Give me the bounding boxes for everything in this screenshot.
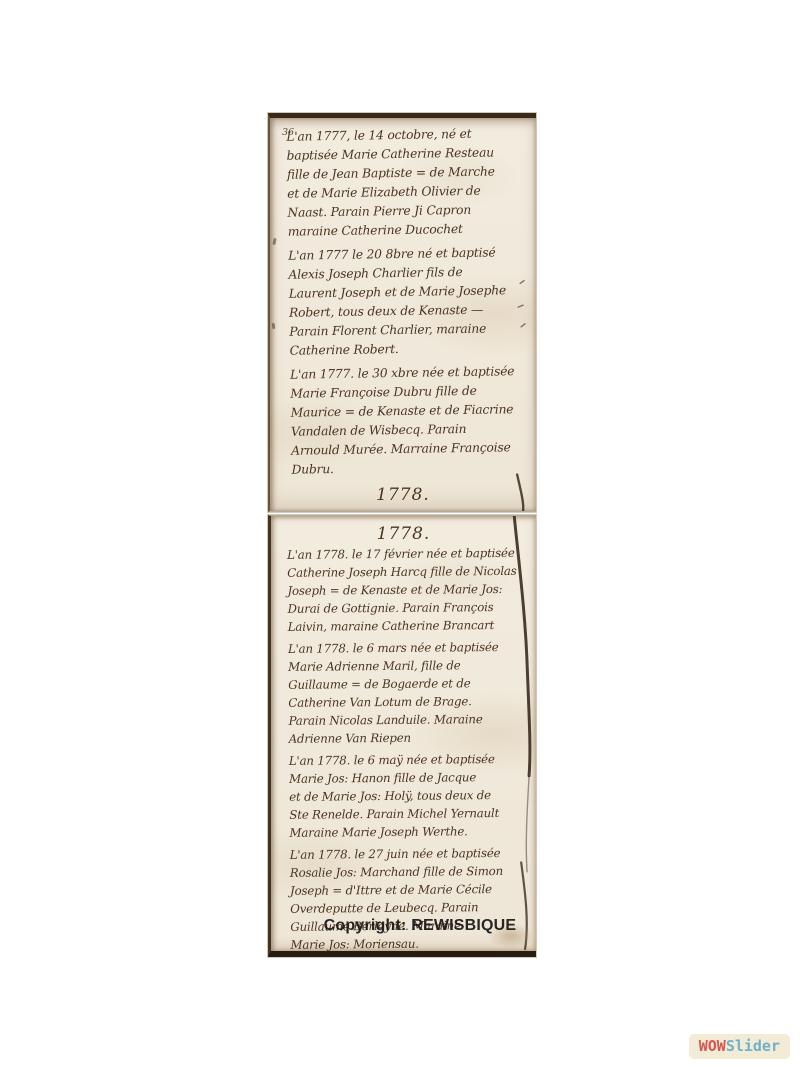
handwritten-line: Adrienne Van Riepen [289,728,532,748]
baptism-entry: L'an 1777. le 30 xbre née et baptiséeMar… [290,362,536,480]
handwritten-line: L'an 1778. le 6 maÿ née et baptisée [289,750,532,770]
handwritten-line: Parain Nicolas Landuile. Maraine [288,710,531,730]
register-page-1777: 36 L'an 1777, le 14 octobre, né etbaptis… [268,113,536,512]
handwritten-line: L'an 1778. le 17 février née et baptisée [287,544,530,564]
handwritten-line: Maraine Marie Joseph Werthe. [289,822,532,842]
handwritten-line: Guillaume = de Bogaerde et de [288,674,531,694]
year-heading-1778: 1778. [271,516,536,544]
handwritten-line: Rosalie Jos: Marchand fille de Simon [290,862,533,882]
handwritten-line: Joseph = de Kenaste et de Marie Jos: [287,580,530,600]
handwritten-line: L'an 1778. le 6 mars née et baptisée [288,638,531,658]
baptism-entry: L'an 1778. le 6 maÿ née et baptiséeMarie… [289,750,533,842]
baptism-entry: L'an 1778. le 6 mars née et baptiséeMari… [288,638,532,748]
handwritten-line: Marie Jos: Hanon fille de Jacque [289,768,532,788]
handwritten-line: L'an 1777. le 30 xbre née et baptisée [290,362,534,385]
copyright-overlay: Copyright: REWISBIQUE [286,917,554,935]
handwritten-line: maraine Catherine Ducochet [288,219,532,242]
year-heading-1778-footer: 1778. [270,485,536,505]
handwritten-line: Catherine Joseph Harcq fille de Nicolas [287,562,530,582]
handwritten-line: Overdeputte de Leubecq. Parain [290,898,533,918]
baptism-entry: L'an 1777 le 20 8bre né et baptiséAlexis… [288,243,534,361]
register-page-1778: 1778. L'an 1778. le 17 février née et ba… [268,515,536,957]
register-scan: 36 L'an 1777, le 14 octobre, né etbaptis… [268,113,536,957]
baptism-entries-1777: L'an 1777, le 14 octobre, né etbaptisée … [270,114,542,480]
handwritten-line: Catherine Van Lotum de Brage. [288,692,531,712]
wowslider-wow-text: WOW [699,1037,726,1055]
handwritten-line: et de Marie Jos: Holÿ, tous deux de [289,786,532,806]
handwritten-line: fille de Jean Baptiste = de Marche [287,162,531,185]
handwritten-line: Joseph = d'Ittre et de Marie Cécile [290,880,533,900]
handwritten-line: L'an 1778. le 27 juin née et baptisée [290,844,533,864]
handwritten-line: Ste Renelde. Parain Michel Yernault [289,804,532,824]
baptism-entry: L'an 1777, le 14 octobre, né etbaptisée … [286,124,532,242]
handwritten-line: Durai de Gottignie. Parain François [287,598,530,618]
wowslider-watermark[interactable]: WOWSlider [689,1034,790,1059]
wowslider-slider-text: Slider [726,1037,780,1055]
handwritten-line: Catherine Robert. [290,338,534,361]
image-viewer: 36 L'an 1777, le 14 octobre, né etbaptis… [0,0,800,1067]
baptism-entries-1778: L'an 1778. le 17 février née et baptisée… [271,542,540,954]
handwritten-line: Dubru. [291,457,535,480]
handwritten-line: Arnould Murée. Marraine Françoise [291,438,535,461]
handwritten-line: Maurice = de Kenaste et de Fiacrine [290,400,534,423]
handwritten-line: Marie Adrienne Maril, fille de [288,656,531,676]
baptism-entry: L'an 1778. le 17 février née et baptisée… [287,544,531,636]
handwritten-line: Laivin, maraine Catherine Brancart [288,616,531,636]
handwritten-line: Laurent Joseph et de Marie Josephe [289,281,533,304]
